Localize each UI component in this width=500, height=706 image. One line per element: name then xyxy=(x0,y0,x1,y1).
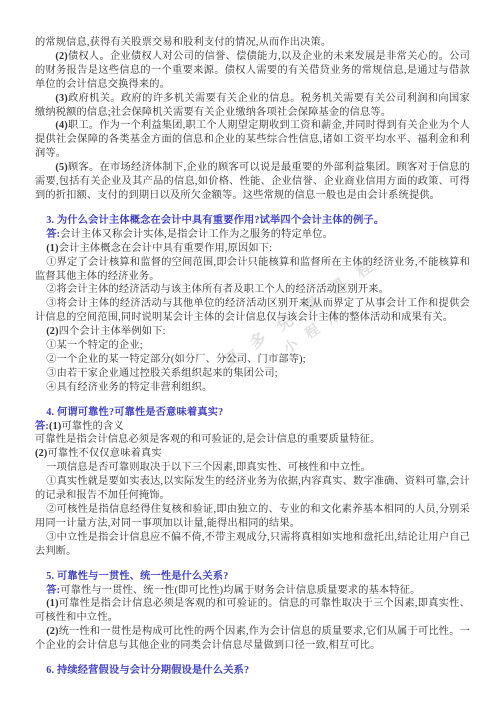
paragraph: ①真实性就是要如实表达,以实际发生的经济业务为依据,内容真实、数字准确、资料可靠… xyxy=(35,475,470,503)
item-number: (1) xyxy=(46,598,58,609)
item-number: (2) xyxy=(35,448,47,459)
question-heading: 4. 何谓可靠性?可靠性是否意味着真实? xyxy=(35,406,470,420)
item-number: (2) xyxy=(46,326,58,337)
paragraph: (4)职工。作为一个利益集团,职工个人期望定期收到工资和薪金,并同时得到有关企业… xyxy=(35,119,470,161)
question-heading: 3. 为什么会计主体概念在会计中具有重要作用?试举四个会计主体的例子。 xyxy=(35,214,470,228)
paragraph: (5)顾客。在市场经济体制下,企业的顾客可以说是最重要的外部利益集团。顾客对于信… xyxy=(35,161,470,203)
item-number: (2) xyxy=(55,51,67,62)
paragraph: ②将会计主体的经济活动与该主体所有者及职工个人的经济活动区别开来。 xyxy=(35,283,470,297)
answer-label: 答: xyxy=(46,229,60,240)
paragraph: ③中立性是指会计信息应不偏不倚,不带主观成分,只需将真相如实地和盘托出,结论让用… xyxy=(35,531,470,559)
paragraph: ④具有经济业务的特定非营利组织。 xyxy=(35,381,470,395)
paragraph: (1)可靠性是指会计信息必须是客观的和可验证的。信息的可靠性取决于三个因素,即真… xyxy=(35,597,470,625)
answer-label: 答: xyxy=(35,421,49,432)
item-number: (3) xyxy=(55,93,67,104)
paragraph: (2)统一性和一贯性是构成可比性的两个因素,作为会计信息的质量要求,它们从属于可… xyxy=(35,625,470,653)
paragraph: (1)会计主体概念在会计中具有重要作用,原因如下: xyxy=(35,242,470,256)
question-heading: 6. 持续经营假设与会计分期假设是什么关系? xyxy=(35,664,470,678)
paragraph: (2)债权人。企业债权人对公司的信誉、偿债能力,以及企业的未来发展是非常关心的。… xyxy=(35,50,470,92)
paragraph: ①某一个特定的企业; xyxy=(35,339,470,353)
item-number: (2) xyxy=(46,626,58,637)
document-page: 更多免费课程 小程序 的常规信息,获得有关股票交易和股利支付的情况,从而作出决策… xyxy=(0,0,500,706)
paragraph: (3)政府机关。政府的许多机关需要有关企业的信息。税务机关需要有关公司利润和向国… xyxy=(35,92,470,120)
paragraph: ②可核性是指信息经得住复核和验证,即由独立的、专业的和文化素养基本相同的人员,分… xyxy=(35,503,470,531)
answer-label: 答: xyxy=(46,585,60,596)
paragraph: ③由若干家企业通过控股关系组织起来的集团公司; xyxy=(35,367,470,381)
paragraph: (2)四个会计主体举例如下: xyxy=(35,325,470,339)
paragraph: 答:(1)可靠性的含义 xyxy=(35,420,470,434)
paragraph: 答:可靠性与一贯性、统一性(即可比性)均属于财务会计信息质量要求的基本特征。 xyxy=(35,584,470,598)
document-content: 的常规信息,获得有关股票交易和股利支付的情况,从而作出决策。(2)债权人。企业债… xyxy=(35,36,470,678)
paragraph: 的常规信息,获得有关股票交易和股利支付的情况,从而作出决策。 xyxy=(35,36,470,50)
paragraph: 可靠性是指会计信息必须是客观的和可验证的,是会计信息的重要质量特征。 xyxy=(35,433,470,447)
paragraph: 一项信息是否可靠则取决于以下三个因素,即真实性、可核性和中立性。 xyxy=(35,461,470,475)
paragraph: (2)可靠性不仅仅意味着真实 xyxy=(35,447,470,461)
paragraph: 答:会计主体又称会计实体,是指会计工作为之服务的特定单位。 xyxy=(35,228,470,242)
item-number: (1) xyxy=(46,243,58,254)
item-number: (1) xyxy=(49,421,61,432)
item-number: (4) xyxy=(55,120,67,131)
paragraph: ②一个企业的某一特定部分(如分厂、分公司、门市部等); xyxy=(35,353,470,367)
question-heading: 5. 可靠性与一贯性、统一性是什么关系? xyxy=(35,570,470,584)
paragraph: ①界定了会计核算和监督的空间范围,即会计只能核算和监督所在主体的经济业务,不能核… xyxy=(35,256,470,284)
paragraph: ③将会计主体的经济活动与其他单位的经济活动区别开来,从而界定了从事会计工作和提供… xyxy=(35,297,470,325)
item-number: (5) xyxy=(55,162,67,173)
